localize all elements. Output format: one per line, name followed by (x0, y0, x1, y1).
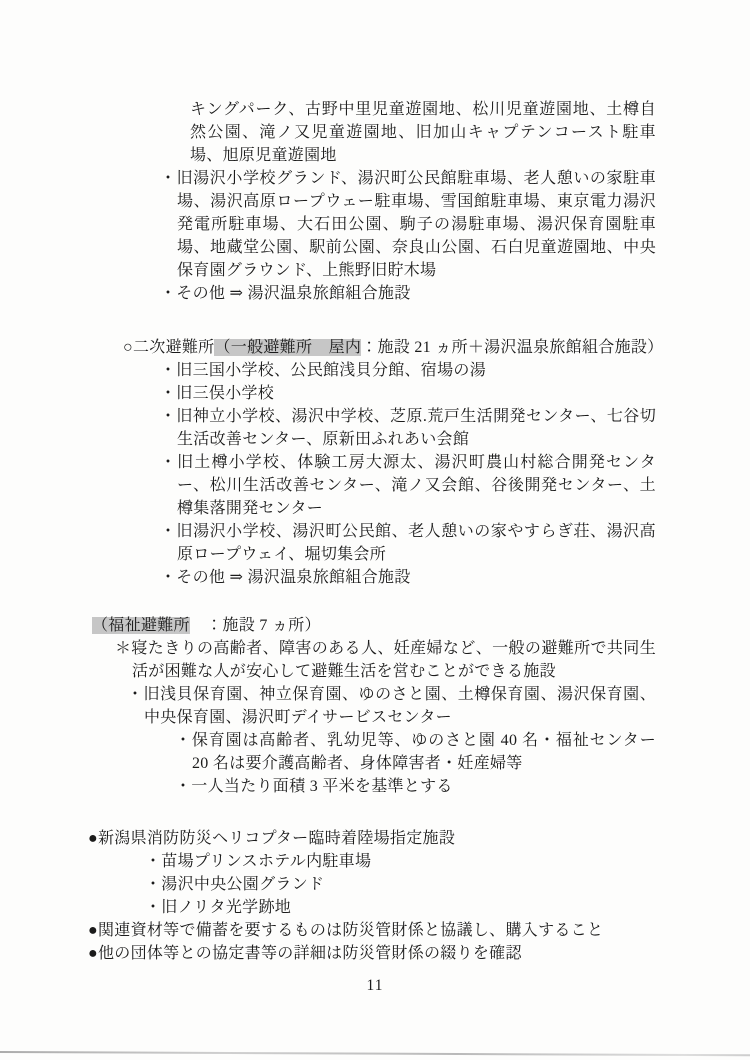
welfare-shelter-heading-suffix: ：施設 7 ヵ所） (190, 617, 321, 634)
welfare-shelter-heading-highlight: （福祉避難所 (92, 617, 190, 634)
secondary-shelter-heading-suffix: ：施設 21 ヵ所＋湯沢温泉旅館組合施設） (361, 339, 663, 356)
page-number: 11 (0, 974, 750, 997)
scan-edge-artifact (0, 1051, 750, 1056)
welfare-shelter-heading: （福祉避難所 ：施設 7 ヵ所） (92, 614, 690, 637)
secondary-shelter-item: ・旧湯沢小学校、湯沢町公民館、老人憩いの家やすらぎ荘、湯沢高原ロープウェイ、堀切… (177, 520, 656, 566)
welfare-detail-item: ・一人当たり面積 3 平米を基準とする (192, 775, 656, 798)
heliport-site-item: ・苗場プリンスホテル内駐車場 (162, 850, 656, 873)
secondary-shelter-heading-highlight: （一般避難所 屋内 (214, 339, 361, 356)
secondary-shelter-item: ・旧土樽小学校、体験工房大源太、湯沢町農山村総合開発センター、松川生活改善センタ… (177, 451, 656, 520)
welfare-shelter-note: ＊寝たきりの高齢者、障害のある人、妊産婦など、一般の避難所で共同生活が困難な人が… (132, 637, 656, 683)
secondary-shelter-item: ・旧神立小学校、湯沢中学校、芝原.荒戸生活開発センター、七谷切生活改善センター、… (177, 405, 656, 451)
closing-note: ●関連資材等で備蓄を要するものは防災管財係と協議し、購入すること (88, 919, 700, 942)
secondary-shelter-heading-prefix: ○二次避難所 (123, 339, 214, 356)
heliport-site-item: ・湯沢中央公園グランド (162, 873, 656, 896)
heliport-site-item: ・旧ノリタ光学跡地 (162, 896, 656, 919)
secondary-shelter-heading: ○二次避難所（一般避難所 屋内：施設 21 ヵ所＋湯沢温泉旅館組合施設） (123, 336, 730, 359)
welfare-detail-item: ・保育園は高齢者、乳幼児等、ゆのさと園 40 名・福祉センター20 名は要介護高… (192, 729, 656, 775)
scanned-document-page: キングパーク、古野中里児童遊園地、松川児童遊園地、土樽自然公園、滝ノ又児童遊園地… (0, 0, 750, 1060)
outdoor-list-continuation: キングパーク、古野中里児童遊園地、松川児童遊園地、土樽自然公園、滝ノ又児童遊園地… (190, 98, 656, 167)
heliport-heading: ●新潟県消防防災ヘリコプター臨時着陸場指定施設 (88, 827, 700, 850)
closing-note: ●他の団体等との協定書等の詳細は防災管財係の綴りを確認 (88, 942, 700, 965)
secondary-shelter-item: ・旧三俣小学校 (177, 382, 656, 405)
outdoor-list-item-other: ・その他 ⇒ 湯沢温泉旅館組合施設 (177, 282, 656, 305)
secondary-shelter-item: ・旧三国小学校、公民館浅貝分館、宿場の湯 (177, 359, 656, 382)
outdoor-list-item: ・旧湯沢小学校グランド、湯沢町公民館駐車場、老人憩いの家駐車場、湯沢高原ロープウ… (177, 167, 656, 282)
welfare-facility-list: ・旧浅貝保育園、神立保育園、ゆのさと園、土樽保育園、湯沢保育園、中央保育園、湯沢… (144, 683, 656, 729)
secondary-shelter-item-other: ・その他 ⇒ 湯沢温泉旅館組合施設 (177, 566, 656, 589)
document-content: キングパーク、古野中里児童遊園地、松川児童遊園地、土樽自然公園、滝ノ又児童遊園地… (0, 98, 750, 997)
